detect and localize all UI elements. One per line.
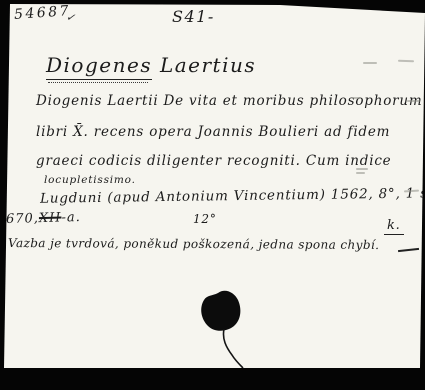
old-shelf-struck: XII bbox=[39, 211, 62, 227]
ink-blot bbox=[180, 283, 280, 378]
body-line-3: graeci codicis diligenter recogniti. Cum… bbox=[36, 153, 391, 169]
check-mark: ✓ bbox=[65, 10, 77, 24]
pen-stroke bbox=[398, 248, 419, 252]
catalog-card: 54687 ✓ S41- Diogenes Laertius Diogenis … bbox=[0, 0, 425, 390]
old-shelf-mark: 670,XII-a. bbox=[6, 210, 81, 227]
pencil-mark bbox=[398, 60, 414, 63]
old-shelf-prefix: 670, bbox=[6, 211, 39, 227]
heading-author-underlined: Diogenes bbox=[46, 53, 152, 80]
body-line-4: locupletissimo. bbox=[44, 174, 136, 186]
pencil-mark bbox=[352, 97, 361, 99]
pencil-mark bbox=[388, 8, 410, 11]
old-shelf-suffix: -a. bbox=[61, 210, 81, 225]
format-note: 12° bbox=[193, 212, 217, 226]
pencil-mark bbox=[363, 62, 377, 64]
accession-number: 54687 bbox=[14, 3, 72, 23]
imprint-line: Lugduni (apud Antonium Vincentium) 1562,… bbox=[40, 185, 425, 207]
card-heading: Diogenes Laertius bbox=[46, 53, 256, 80]
pencil-mark bbox=[356, 168, 368, 170]
pencil-mark bbox=[356, 172, 365, 174]
body-line-2: libri X̄. recens opera Joannis Boulieri … bbox=[36, 124, 390, 140]
catalog-card-photo: 54687 ✓ S41- Diogenes Laertius Diogenis … bbox=[0, 0, 425, 390]
body-line-1: Diogenis Laertii De vita et moribus phil… bbox=[36, 93, 422, 109]
margin-note-k: k. bbox=[384, 218, 404, 235]
heading-author-rest: Laertius bbox=[160, 53, 256, 77]
pencil-mark bbox=[407, 100, 420, 102]
condition-note: Vazba je tvrdová, poněkud poškozená, jed… bbox=[8, 236, 379, 252]
shelf-mark: S41- bbox=[172, 7, 215, 26]
